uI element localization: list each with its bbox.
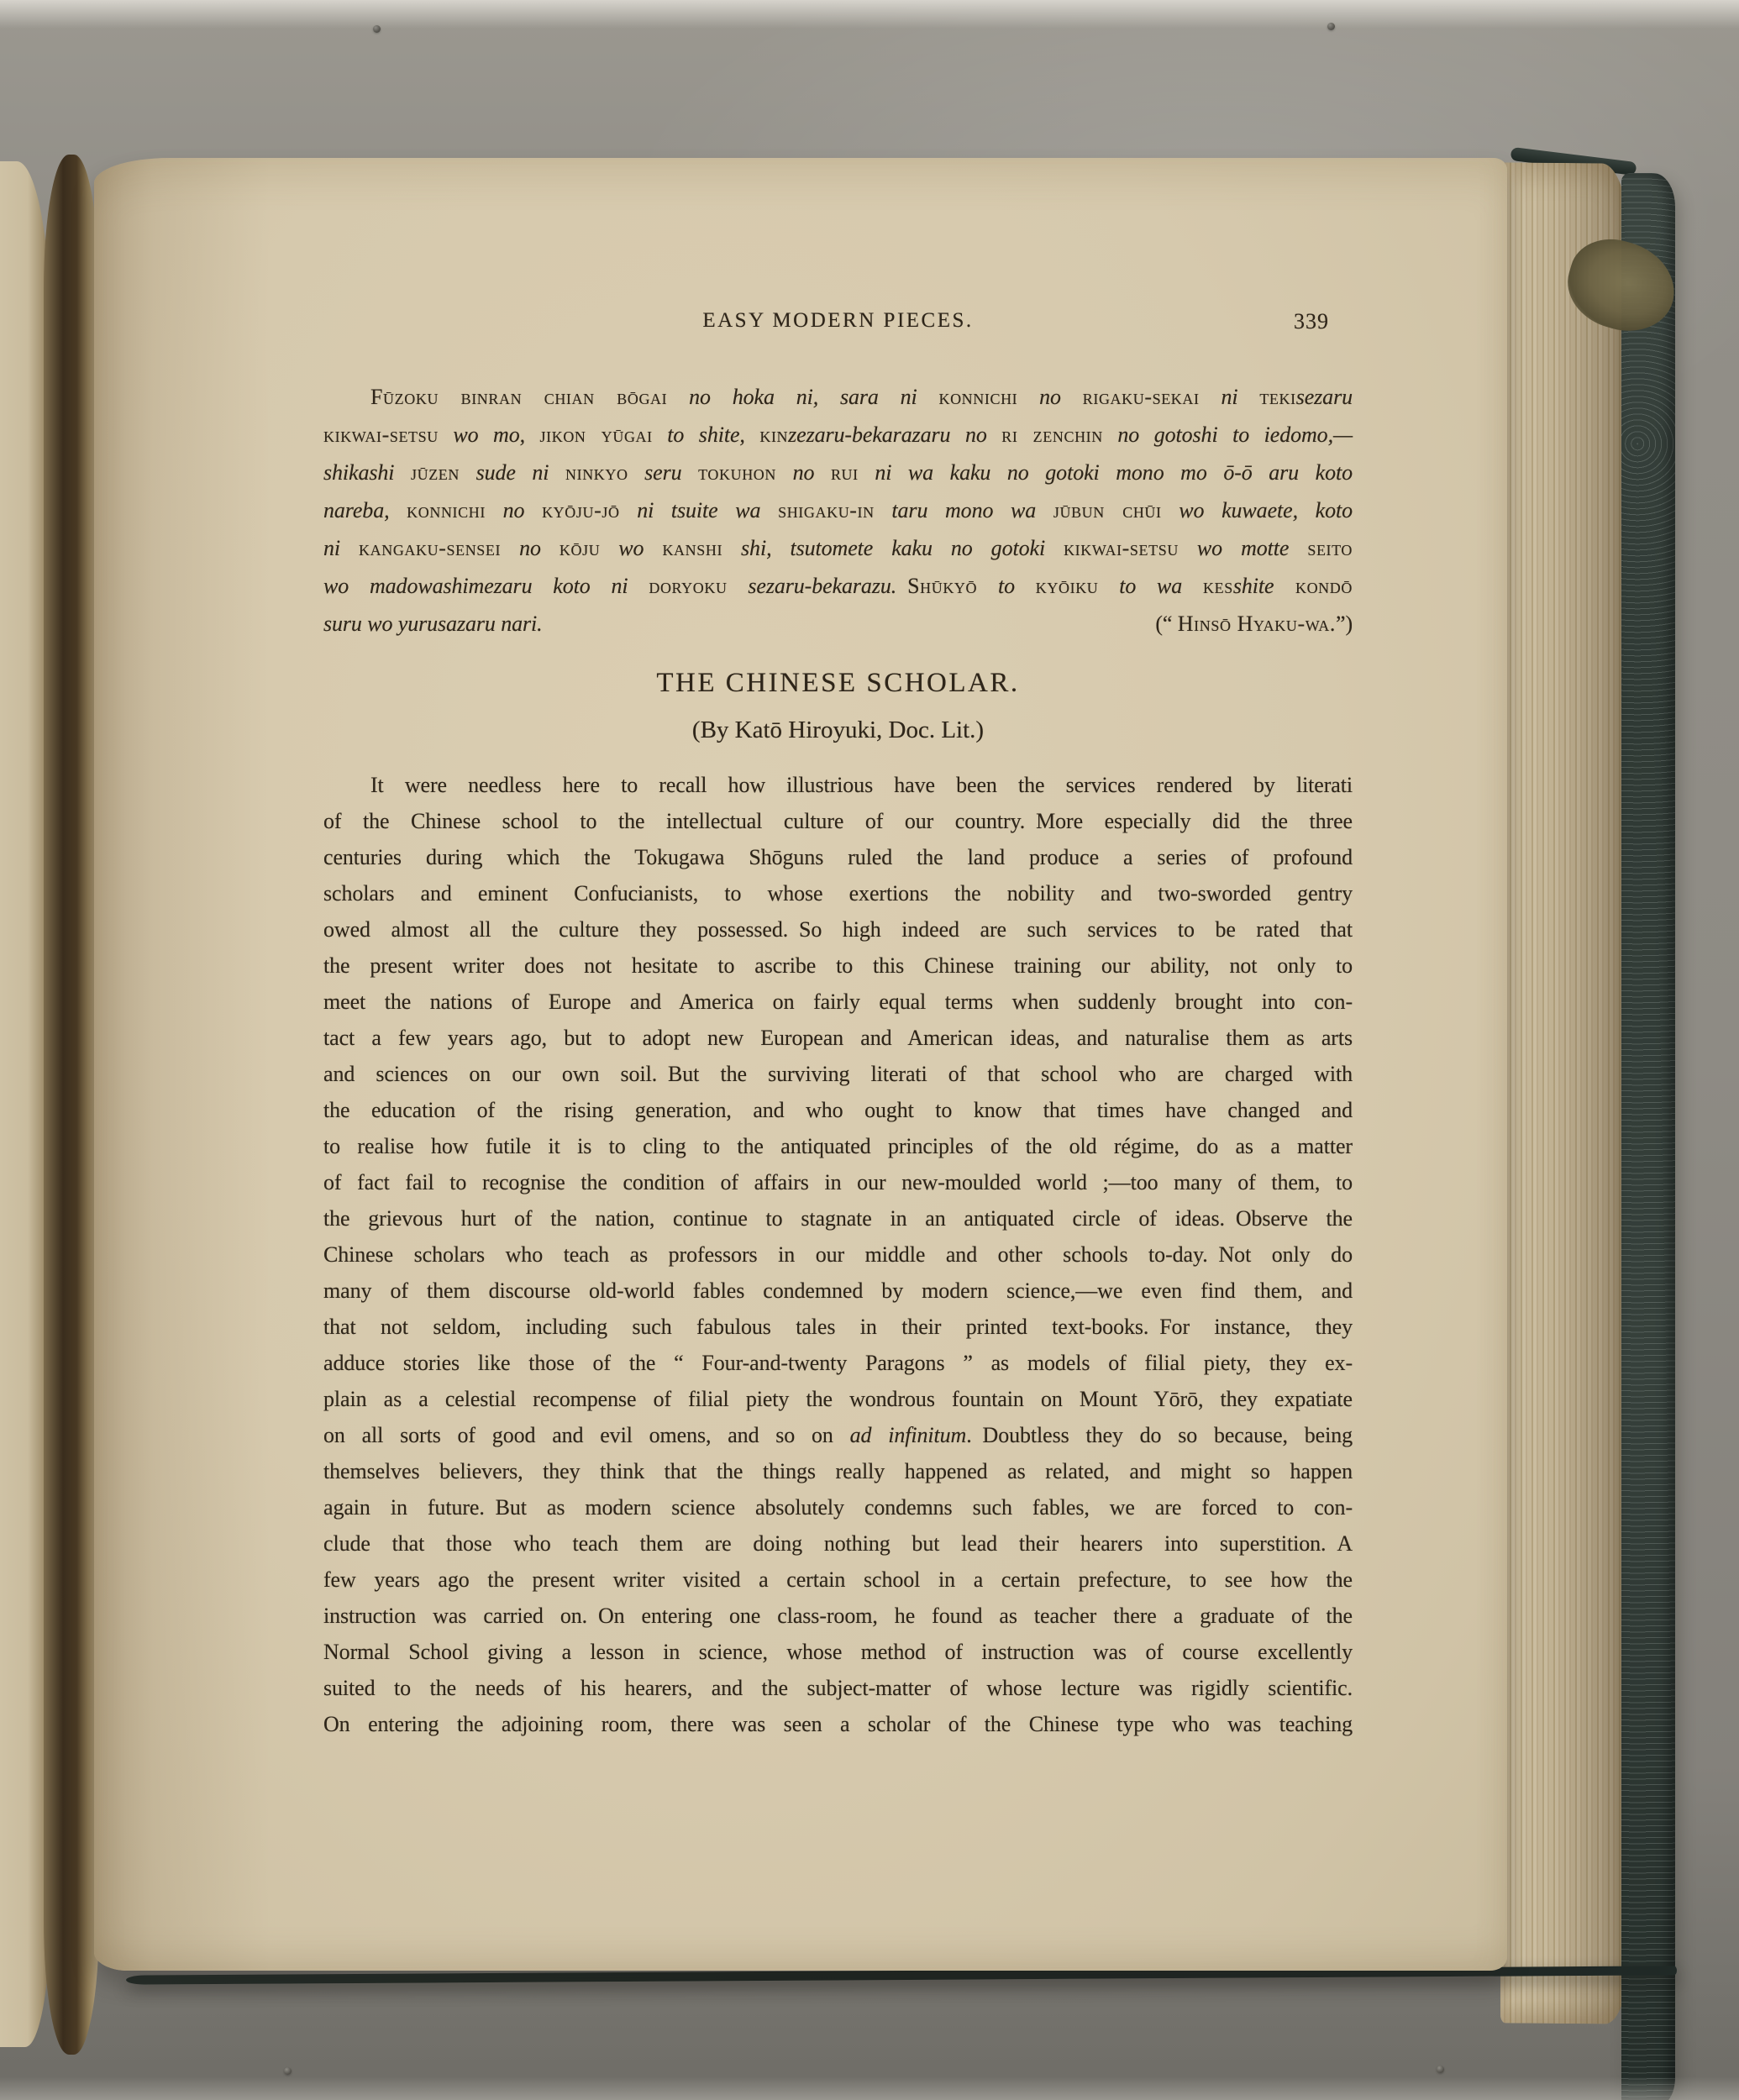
text-segment: the education of the rising generation, … [323,1098,1353,1122]
text-segment: no [1017,385,1082,409]
text-segment: On entering the adjoining room, there wa… [323,1712,1353,1736]
text-line: centuries during which the Tokugawa Shōg… [323,839,1353,875]
text-line: owed almost all the culture they possess… [323,911,1353,948]
text-line: tact a few years ago, but to adopt new E… [323,1020,1353,1056]
text-segment: doryoku [649,574,727,598]
book-gutter-shadow [44,155,99,2055]
text-segment: Shūkyō [907,574,977,598]
stand-screw-dot [1327,23,1335,30]
text-line: and sciences on our own soil. But the su… [323,1056,1353,1092]
text-segment: ”) [1336,612,1353,636]
text-line: many of them discourse old-world fables … [323,1273,1353,1309]
open-book: EASY MODERN PIECES. 339 Fūzoku binran ch… [0,126,1689,2058]
text-segment: teki [1259,385,1295,409]
stand-screw-dot [1437,2066,1444,2073]
text-line: clude that those who teach them are doin… [323,1525,1353,1562]
article-byline: (By Katō Hiroyuki, Doc. Lit.) [323,715,1353,745]
text-segment: many of them discourse old-world fables … [323,1278,1353,1303]
text-segment: meet the nations of Europe and America o… [323,990,1353,1014]
book-page: EASY MODERN PIECES. 339 Fūzoku binran ch… [94,158,1507,1971]
running-head-title: EASY MODERN PIECES. [702,309,973,332]
text-segment: jikon yūgai [540,423,653,447]
text-line: themselves believers, they think that th… [323,1453,1353,1489]
text-segment: plain as a celestial recompense of filia… [323,1387,1353,1411]
copy-stand-bottom-edge [0,2076,1739,2100]
text-segment: Normal School giving a lesson in science… [323,1640,1353,1664]
text-segment: of the Chinese school to the intellectua… [323,809,1353,833]
text-line: meet the nations of Europe and America o… [323,984,1353,1020]
text-segment: instruction was carried on. On entering … [323,1604,1353,1628]
text-segment: sude ni [460,460,565,485]
text-segment: seito [1307,536,1353,560]
text-segment: no gotoshi to iedomo,— [1103,423,1353,447]
text-segment: wo [600,536,662,560]
text-line: on all sorts of good and evil omens, and… [323,1417,1353,1453]
text-line: few years ago the present writer visited… [323,1562,1353,1598]
text-segment: suited to the needs of his hearers, and … [323,1676,1353,1700]
text-segment: the grievous hurt of the nation, continu… [323,1206,1353,1231]
text-segment: rui [831,460,859,485]
page-stack-fore-edge [1500,162,1626,2024]
text-segment: tact a few years ago, but to adopt new E… [323,1026,1353,1050]
text-segment: ni wa kaku no gotoki mono mo ō-ō aru kot… [859,460,1353,485]
text-segment: again in future. But as modern science a… [323,1495,1353,1520]
opening-paragraph: Fūzoku binran chian bōgai no hoka ni, sa… [323,378,1353,643]
text-segment: on all sorts of good and evil omens, and… [323,1423,850,1447]
stand-screw-dot [373,25,381,33]
text-segment: ri zenchin [1001,423,1103,447]
text-segment: nareba, [323,498,407,522]
text-segment: kikwai-setsu [1064,536,1179,560]
text-segment: jūbun chūi [1053,498,1162,522]
running-head: EASY MODERN PIECES. 339 [323,309,1353,339]
text-line: again in future. But as modern science a… [323,1489,1353,1525]
text-line: kikwai-setsu wo mo, jikon yūgai to shite… [323,416,1353,454]
text-segment: kōju [560,536,600,560]
text-line: adduce stories like those of the “ Four-… [323,1345,1353,1381]
text-segment: no [486,498,542,522]
text-segment: kondō [1274,574,1353,598]
text-segment: kyōju-jō [542,498,619,522]
text-segment: and sciences on our own soil. But the su… [323,1062,1353,1086]
text-segment: kin [759,423,788,447]
text-line: Chinese scholars who teach as professors… [323,1236,1353,1273]
text-segment: . Doubtless they do so because, being [966,1423,1353,1447]
text-line: instruction was carried on. On entering … [323,1598,1353,1634]
text-line: shikashi jūzen sude ni ninkyo seru tokuh… [323,454,1353,491]
text-segment: shikashi [323,460,411,485]
text-segment: wo mo, [439,423,540,447]
article-body: It were needless here to recall how illu… [323,767,1353,1742]
text-segment: few years ago the present writer visited… [323,1567,1353,1592]
text-segment: themselves believers, they think that th… [323,1459,1353,1483]
text-line: suru wo yurusazaru nari.(“ Hinsō Hyaku-w… [323,605,1353,643]
text-segment: that not seldom, including such fabulous… [323,1315,1353,1339]
text-segment: Fūzoku binran chian bōgai [370,385,667,409]
text-segment: clude that those who teach them are doin… [323,1531,1353,1556]
text-segment: kes [1203,574,1233,598]
text-segment: of fact fail to recognise the condition … [323,1170,1353,1194]
text-line: nareba, konnichi no kyōju-jō ni tsuite w… [323,491,1353,529]
article-title: THE CHINESE SCHOLAR. [323,664,1353,701]
text-line: of fact fail to recognise the condition … [323,1164,1353,1200]
text-segment: suru wo yurusazaru nari. [323,612,543,636]
text-line: It were needless here to recall how illu… [323,767,1353,803]
line-left: suru wo yurusazaru nari. [323,605,543,643]
text-segment: sezaru [1296,385,1353,409]
text-segment: taru mono wa [875,498,1053,522]
scanned-book-photo: EASY MODERN PIECES. 339 Fūzoku binran ch… [0,0,1739,2100]
text-segment: tokuhon [698,460,776,485]
text-line: Fūzoku binran chian bōgai no hoka ni, sa… [323,378,1353,416]
text-segment: sezaru-bekarazu. [728,574,908,598]
text-segment: seru [628,460,699,485]
text-line: that not seldom, including such fabulous… [323,1309,1353,1345]
text-segment: to wa [1098,574,1203,598]
text-line: scholars and eminent Confucianists, to w… [323,875,1353,911]
line-right: (“ Hinsō Hyaku-wa.”) [1155,605,1353,643]
copy-stand-top-edge [0,0,1739,29]
text-segment: ad infinitum [850,1423,967,1447]
text-segment: ni [1200,385,1260,409]
text-segment: Chinese scholars who teach as professors… [323,1242,1353,1267]
text-segment: shite [1233,574,1274,598]
text-line: Normal School giving a lesson in science… [323,1634,1353,1670]
text-segment: the present writer does not hesitate to … [323,953,1353,978]
text-segment: no [776,460,831,485]
text-segment: wo madowashimezaru koto ni [323,574,649,598]
book-cover-right [1621,173,1675,2100]
text-segment: no [501,536,560,560]
text-segment: wo kuwaete, koto [1162,498,1353,522]
text-segment: scholars and eminent Confucianists, to w… [323,881,1353,906]
text-segment: kyōiku [1036,574,1099,598]
text-line: of the Chinese school to the intellectua… [323,803,1353,839]
text-segment: (“ [1155,612,1177,636]
text-line: the grievous hurt of the nation, continu… [323,1200,1353,1236]
text-line: wo madowashimezaru koto ni doryoku sezar… [323,567,1353,605]
text-segment: rigaku-sekai [1083,385,1200,409]
text-segment: zezaru-bekarazaru no [788,423,1001,447]
text-segment: adduce stories like those of the “ Four-… [323,1351,1353,1375]
text-segment: no hoka ni, sara ni [667,385,938,409]
text-segment: to [977,574,1036,598]
page-stack-band [1583,264,1611,1935]
text-line: suited to the needs of his hearers, and … [323,1670,1353,1706]
text-segment: centuries during which the Tokugawa Shōg… [323,845,1353,869]
text-segment: konnichi [407,498,486,522]
page-number: 339 [1294,309,1329,334]
text-segment: konnichi [938,385,1017,409]
text-segment: to shite, [653,423,760,447]
text-segment: wo motte [1179,536,1307,560]
stand-screw-dot [284,2067,292,2075]
text-segment: kikwai-setsu [323,423,439,447]
text-segment: shigaku-in [778,498,875,522]
text-line: On entering the adjoining room, there wa… [323,1706,1353,1742]
text-segment: owed almost all the culture they possess… [323,917,1353,942]
text-segment: kangaku-sensei [359,536,501,560]
text-segment: shi, tsutomete kaku no gotoki [722,536,1064,560]
left-page-edge [0,161,50,2047]
page-text-column: EASY MODERN PIECES. 339 Fūzoku binran ch… [323,158,1353,1742]
text-line: the education of the rising generation, … [323,1092,1353,1128]
text-segment: ni [323,536,359,560]
text-segment: It were needless here to recall how illu… [370,773,1353,797]
text-line: to realise how futile it is to cling to … [323,1128,1353,1164]
text-segment: to realise how futile it is to cling to … [323,1134,1353,1158]
text-line: the present writer does not hesitate to … [323,948,1353,984]
text-segment: Hinsō Hyaku-wa. [1178,612,1336,636]
text-line: plain as a celestial recompense of filia… [323,1381,1353,1417]
text-segment: ni tsuite wa [620,498,779,522]
text-line: ni kangaku-sensei no kōju wo kanshi shi,… [323,529,1353,567]
text-segment: ninkyo [565,460,628,485]
text-segment: kanshi [662,536,722,560]
text-segment: jūzen [411,460,460,485]
